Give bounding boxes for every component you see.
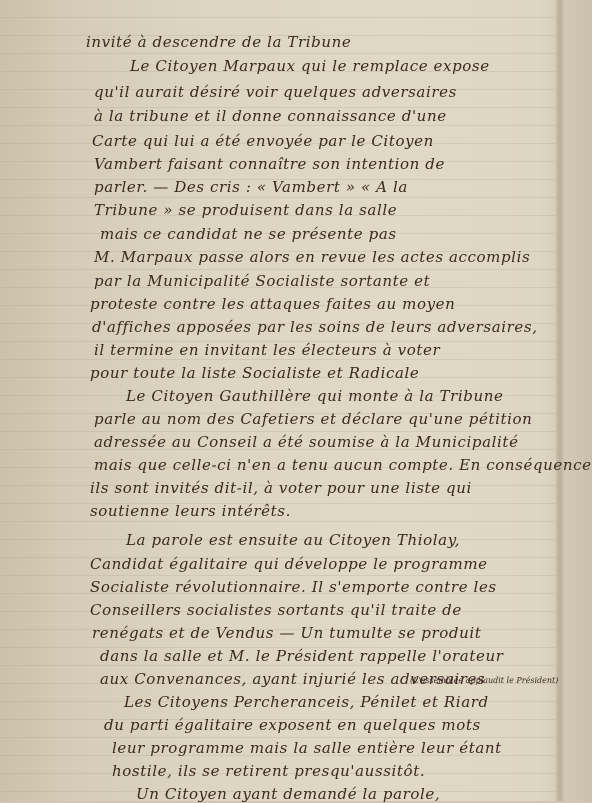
text-line: proteste contre les attaques faites au m…: [90, 295, 455, 313]
text-line: d'affiches apposées par les soins de leu…: [92, 318, 538, 336]
text-line: dans la salle et M. le Président rappell…: [100, 647, 503, 665]
text-line: à la tribune et il donne connaissance d'…: [94, 107, 447, 125]
text-line: qu'il aurait désiré voir quelques advers…: [94, 83, 457, 101]
text-line: ils sont invités dit-il, à voter pour un…: [90, 479, 472, 497]
text-line: il termine en invitant les électeurs à v…: [94, 341, 440, 359]
text-line: Candidat égalitaire qui développe le pro…: [90, 555, 488, 573]
text-line: renégats et de Vendus — Un tumulte se pr…: [92, 624, 481, 642]
text-line: leur programme mais la salle entière leu…: [112, 739, 502, 757]
text-line: Conseillers socialistes sortants qu'il t…: [90, 601, 462, 619]
handwritten-text: invité à descendre de la Tribune Le Cito…: [0, 0, 560, 801]
text-line: invité à descendre de la Tribune: [86, 33, 351, 51]
text-line: hostile, ils se retirent presqu'aussitôt…: [112, 762, 425, 780]
text-line: Socialiste révolutionnaire. Il s'emporte…: [90, 578, 497, 596]
margin-note: (L'assemblée applaudit le Président): [410, 676, 558, 685]
text-line: Vambert faisant connaître son intention …: [94, 155, 445, 173]
text-line: parle au nom des Cafetiers et déclare qu…: [94, 410, 532, 428]
text-line: soutienne leurs intérêts.: [90, 502, 291, 520]
text-line: Carte qui lui a été envoyée par le Citoy…: [92, 132, 434, 150]
text-line: pour toute la liste Socialiste et Radica…: [90, 364, 419, 382]
text-line: Le Citoyen Marpaux qui le remplace expos…: [130, 57, 490, 75]
text-line: Le Citoyen Gauthillère qui monte à la Tr…: [126, 387, 504, 405]
text-line: mais ce candidat ne se présente pas: [100, 225, 397, 243]
text-line: Les Citoyens Percheranceis, Pénilet et R…: [124, 693, 489, 711]
text-line: M. Marpaux passe alors en revue les acte…: [94, 248, 530, 266]
text-line: Un Citoyen ayant demandé la parole,: [136, 785, 440, 801]
text-line: Tribune » se produisent dans la salle: [94, 201, 397, 219]
text-line: mais que celle-ci n'en a tenu aucun comp…: [94, 456, 592, 474]
text-line: adressée au Conseil a été soumise à la M…: [94, 433, 519, 451]
text-line: par la Municipalité Socialiste sortante …: [94, 272, 430, 290]
facing-page-edge: [564, 0, 592, 801]
text-line: parler. — Des cris : « Vambert » « A la: [94, 178, 408, 196]
text-line: du parti égalitaire exposent en quelques…: [104, 716, 481, 734]
text-line: La parole est ensuite au Citoyen Thiolay…: [126, 531, 460, 549]
